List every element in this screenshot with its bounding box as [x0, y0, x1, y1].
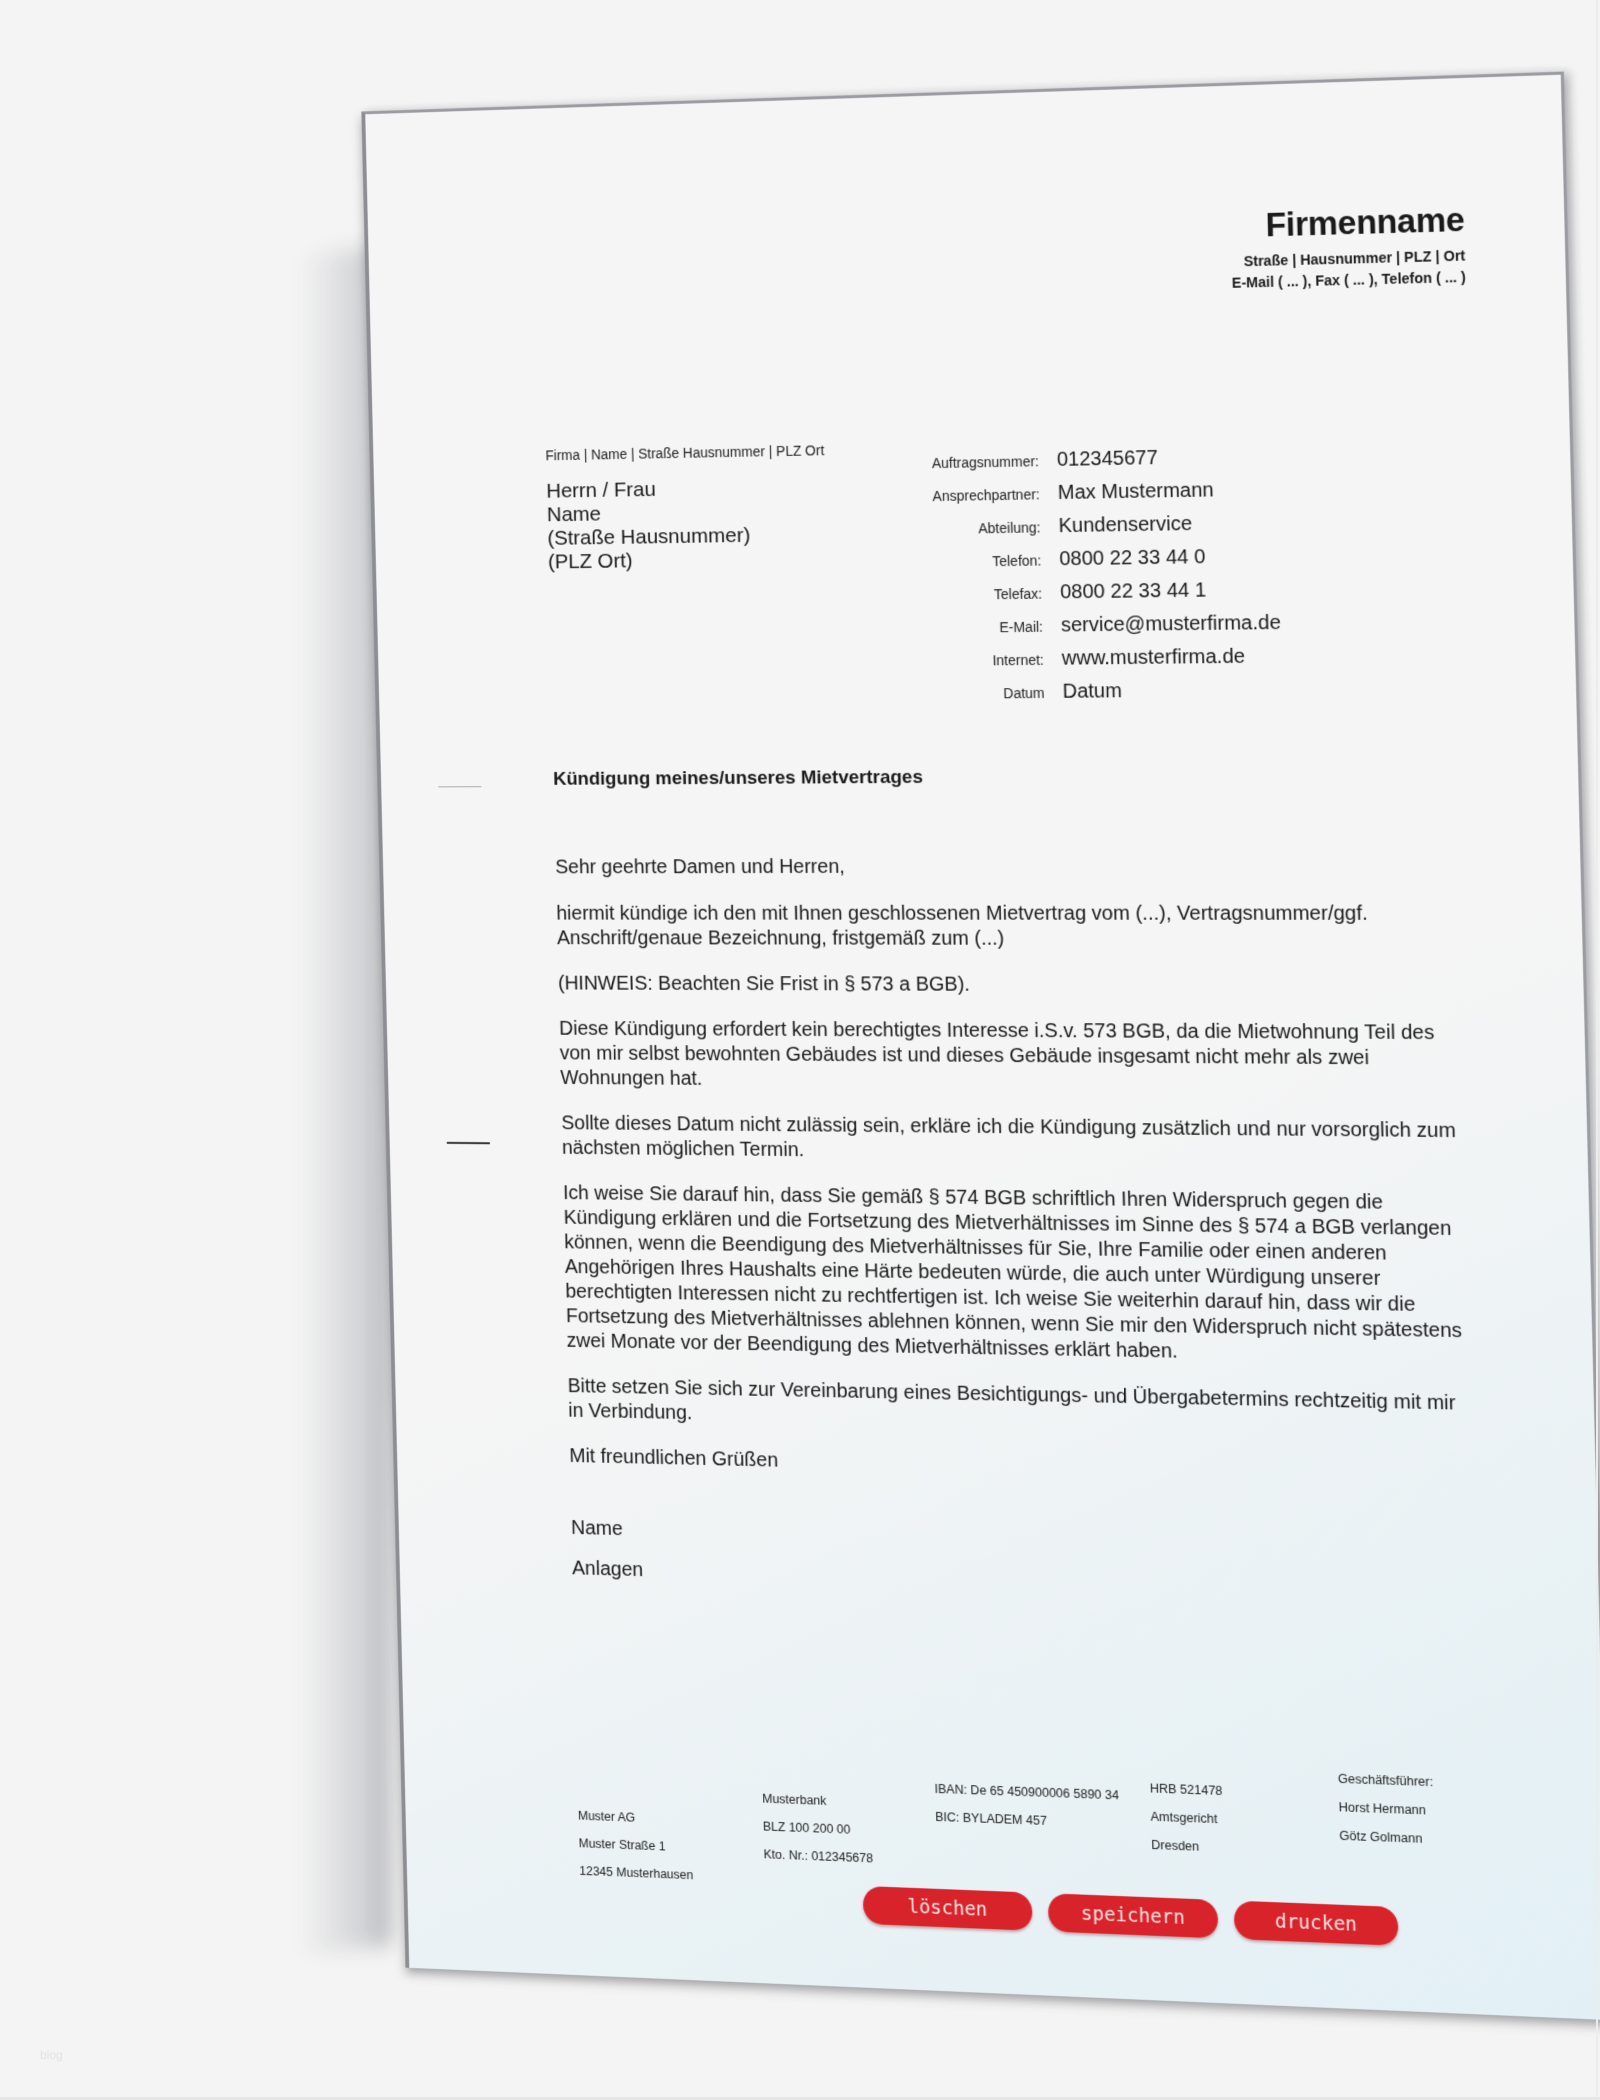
info-label: Ansprechpartner:	[878, 486, 1058, 505]
company-name: Firmenname	[1230, 200, 1465, 245]
footer-registry: HRB 521478 Amtsgericht Dresden	[1150, 1781, 1225, 1869]
info-label: E-Mail:	[881, 618, 1061, 636]
info-label: Abteilung:	[879, 519, 1059, 538]
info-value: 0800 22 33 44 1	[1060, 579, 1207, 604]
footer-text: Geschäftsführer:	[1338, 1772, 1434, 1804]
info-row-date: Datum Datum	[883, 677, 1409, 715]
recipient-name: Name	[547, 500, 750, 527]
recipient-address: Herrn / Frau Name (Straße Hausnummer) (P…	[546, 476, 751, 574]
footer-text: Götz Golmann	[1339, 1829, 1435, 1861]
info-row-website: Internet: www.musterfirma.de	[882, 644, 1408, 683]
paragraph-termination: hiermit kündige ich den mit Ihnen geschl…	[556, 901, 1456, 952]
letter-page: Firmenname Straße | Hausnummer | PLZ | O…	[361, 72, 1600, 2021]
paragraph-legal-basis: Diese Kündigung erfordert kein berechtig…	[559, 1017, 1460, 1097]
footer-text: Kto. Nr.: 012345678	[763, 1847, 873, 1879]
footer-company-address: Muster AG Muster Straße 1 12345 Musterha…	[578, 1809, 694, 1896]
stage: Firmenname Straße | Hausnummer | PLZ | O…	[0, 0, 1600, 2100]
info-value: Datum	[1062, 680, 1122, 704]
attachments-label: Anlagen	[572, 1556, 1473, 1605]
footer-text: Muster AG	[578, 1809, 693, 1841]
paragraph-objection-right: Ich weise Sie darauf hin, dass Sie gemäß…	[563, 1181, 1467, 1370]
save-button[interactable]: speichern	[1048, 1893, 1219, 1938]
info-label: Internet:	[882, 652, 1062, 670]
action-buttons: löschen speichern drucken	[863, 1886, 1399, 1946]
info-label: Datum	[883, 685, 1063, 703]
footer-text: Horst Hermann	[1338, 1800, 1434, 1832]
footer-text: Muster Straße 1	[579, 1836, 694, 1868]
signature-name: Name	[571, 1516, 1472, 1564]
info-value: Max Mustermann	[1057, 479, 1214, 505]
delete-button[interactable]: löschen	[863, 1886, 1033, 1931]
footer-text: 12345 Musterhausen	[579, 1864, 694, 1896]
company-contact: E-Mail ( ... ), Fax ( ... ), Telefon ( .…	[1232, 269, 1466, 291]
watermark: blog	[40, 2048, 63, 2062]
info-value: 0800 22 33 44 0	[1059, 546, 1206, 571]
footer-management: Geschäftsführer: Horst Hermann Götz Golm…	[1338, 1772, 1435, 1861]
info-value: service@musterfirma.de	[1061, 612, 1281, 638]
info-value: www.musterfirma.de	[1062, 646, 1246, 671]
paragraph-notice: (HINWEIS: Beachten Sie Frist in § 573 a …	[558, 972, 1458, 1000]
letter-body: Sehr geehrte Damen und Herren, hiermit k…	[555, 854, 1473, 1606]
footer-text: HRB 521478	[1150, 1781, 1223, 1812]
footer-text: Musterbank	[762, 1792, 872, 1824]
footer-text: BIC: BYLADEM 457	[935, 1810, 1120, 1845]
info-label: Telefon:	[880, 552, 1060, 571]
footer-bank: Musterbank BLZ 100 200 00 Kto. Nr.: 0123…	[762, 1792, 873, 1880]
fold-mark	[438, 786, 481, 787]
footer-text: BLZ 100 200 00	[763, 1819, 873, 1851]
info-row-email: E-Mail: service@musterfirma.de	[881, 610, 1407, 649]
company-header: Firmenname Straße | Hausnummer | PLZ | O…	[1230, 200, 1466, 290]
letter-footer: Muster AG Muster Straße 1 12345 Musterha…	[577, 1771, 1499, 1803]
info-label: Telefax:	[881, 585, 1061, 603]
print-button[interactable]: drucken	[1234, 1901, 1399, 1946]
right-border	[1596, 0, 1598, 2100]
footer-iban: IBAN: De 65 450900006 5890 34 BIC: BYLAD…	[934, 1782, 1120, 1845]
sender-return-line: Firma | Name | Straße Hausnummer | PLZ O…	[545, 442, 824, 463]
info-label: Auftragsnummer:	[877, 453, 1057, 472]
info-block: Auftragsnummer: 012345677 Ansprechpartne…	[877, 442, 1409, 715]
info-value: Kundenservice	[1058, 513, 1192, 538]
footer-text: Amtsgericht	[1150, 1810, 1223, 1841]
paragraph-handover: Bitte setzen Sie sich zur Vereinbarung e…	[567, 1374, 1468, 1442]
paragraph-fallback-date: Sollte dieses Datum nicht zulässig sein,…	[561, 1111, 1462, 1169]
company-address: Straße | Hausnummer | PLZ | Ort	[1231, 247, 1465, 269]
footer-text: Dresden	[1151, 1838, 1224, 1869]
recipient-city: (PLZ Ort)	[548, 548, 751, 575]
punch-mark	[447, 1142, 490, 1144]
letter-closing: Mit freundlichen Grüßen	[569, 1444, 1470, 1489]
recipient-street: (Straße Hausnummer)	[547, 524, 750, 551]
letter-subject: Kündigung meines/unseres Mietvertrages	[553, 767, 923, 791]
letter-salutation: Sehr geehrte Damen und Herren,	[555, 854, 1455, 881]
recipient-salutation: Herrn / Frau	[546, 476, 749, 503]
info-value: 012345677	[1057, 447, 1158, 472]
